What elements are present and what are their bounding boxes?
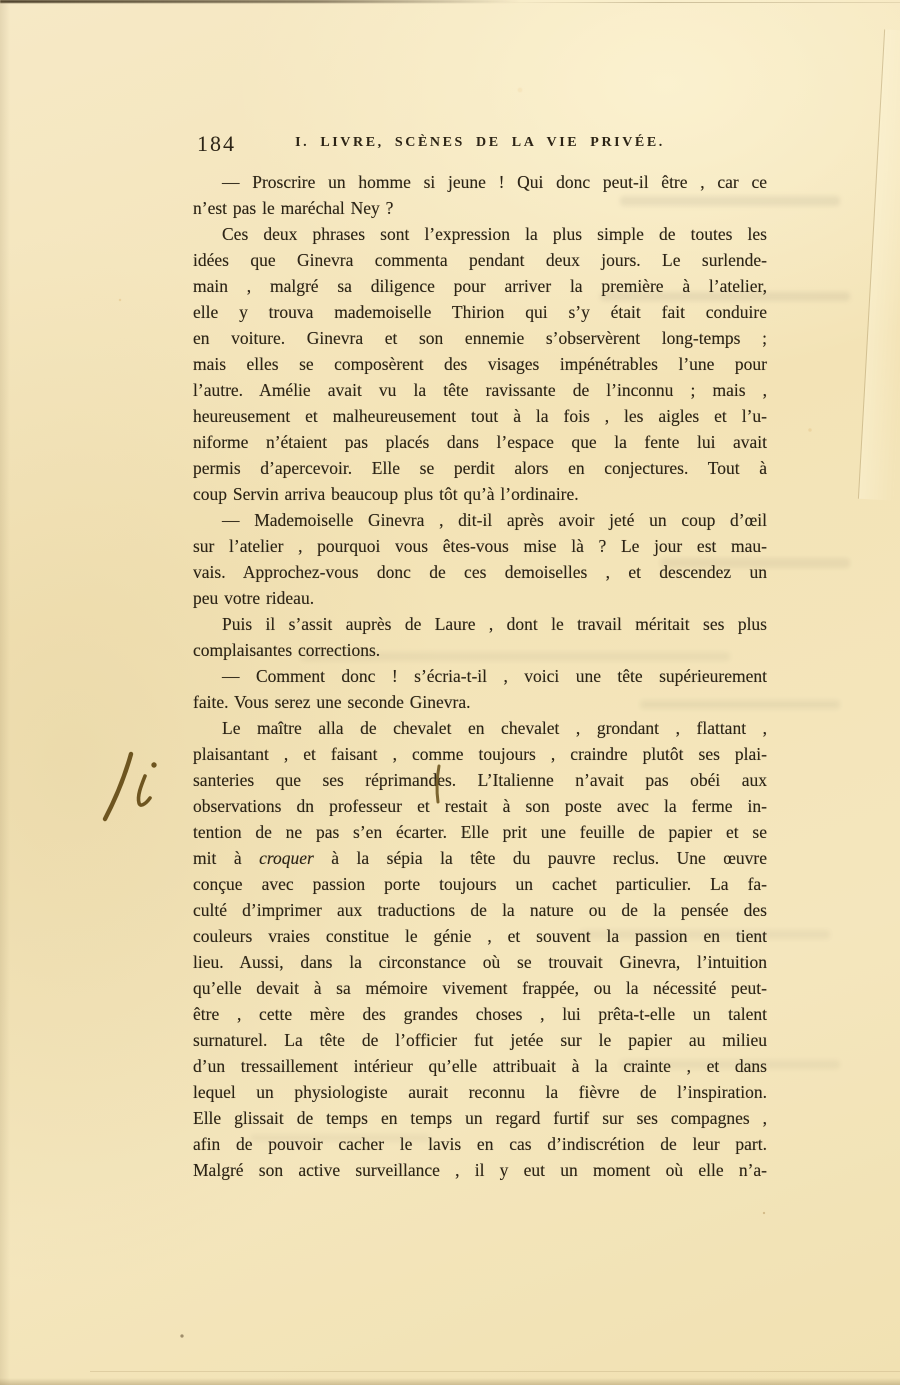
text-line: n’est pas le maréchal Ney ? — [193, 195, 767, 221]
text-line: heureusement et malheureusement tout à l… — [193, 403, 767, 429]
text-line: coup Servin arriva beaucoup plus tôt qu’… — [193, 481, 767, 507]
text-line: conçue avec passion porte toujours un ca… — [193, 871, 767, 897]
scan-top-edge — [0, 0, 520, 3]
text-line: couleurs vraies constitue le génie , et … — [193, 923, 767, 949]
text-line: d’un tressaillement intérieur qu’elle at… — [193, 1053, 767, 1079]
text-line: mais elles se composèrent des visages im… — [193, 351, 767, 377]
text-line: niforme n’étaient pas placés dans l’espa… — [193, 429, 767, 455]
body-text: — Proscrire un homme si jeune ! Qui donc… — [193, 169, 767, 1183]
text-line: santeries que ses réprimandes. L’Italien… — [193, 767, 767, 793]
text-line: l’autre. Amélie avait vu la tête ravissa… — [193, 377, 767, 403]
text-line: mit à croquer à la sépia la tête du pauv… — [193, 845, 767, 871]
text-line: en voiture. Ginevra et son ennemie s’obs… — [193, 325, 767, 351]
text-line: faite. Vous serez une seconde Ginevra. — [193, 689, 767, 715]
text-line: lieu. Aussi, dans la circonstance où se … — [193, 949, 767, 975]
text-line: tention de ne pas s’en écarter. Elle pri… — [193, 819, 767, 845]
text-line: — Proscrire un homme si jeune ! Qui donc… — [193, 169, 767, 195]
handwritten-margin-mark — [78, 726, 188, 836]
text-line: Malgré son active surveillance , il y eu… — [193, 1157, 767, 1183]
text-line: Puis il s’assit auprès de Laure , dont l… — [193, 611, 767, 637]
text-line: — Mademoiselle Ginevra , dit-il après av… — [193, 507, 767, 533]
text-line: permis d’apercevoir. Elle se perdit alor… — [193, 455, 767, 481]
text-line: Le maître alla de chevalet en chevalet ,… — [193, 715, 767, 741]
text-line: plaisantant , et faisant , comme toujour… — [193, 741, 767, 767]
scan-bottom-edge — [0, 1378, 900, 1385]
paper-crease-line — [90, 1371, 900, 1372]
text-line: idées que Ginevra commenta pendant deux … — [193, 247, 767, 273]
handwritten-pen-stroke-icon — [431, 764, 447, 806]
text-line: elle y trouva mademoiselle Thirion qui s… — [193, 299, 767, 325]
page-header: 184 I. LIVRE, SCÈNES DE LA VIE PRIVÉE. — [193, 131, 767, 151]
text-line: Elle glissait de temps en temps un regar… — [193, 1105, 767, 1131]
text-line: surnaturel. La tête de l’officier fut je… — [193, 1027, 767, 1053]
scan-left-edge — [0, 0, 10, 1385]
text-line: vais. Approchez-vous donc de ces demoise… — [193, 559, 767, 585]
text-line: être , cette mère des grandes choses , l… — [193, 1001, 767, 1027]
text-line: observations dn professeur et restait à … — [193, 793, 767, 819]
book-page-scan: 184 I. LIVRE, SCÈNES DE LA VIE PRIVÉE. —… — [0, 0, 900, 1385]
text-line: peu votre rideau. — [193, 585, 767, 611]
text-line: culté d’imprimer aux traductions de la n… — [193, 897, 767, 923]
running-title: I. LIVRE, SCÈNES DE LA VIE PRIVÉE. — [295, 131, 665, 151]
text-line: main , malgré sa diligence pour arriver … — [193, 273, 767, 299]
text-line: lequel un physiologiste aurait reconnu l… — [193, 1079, 767, 1105]
scan-top-edge-right — [500, 2, 900, 3]
page-corner-crease — [858, 29, 900, 500]
text-line: sur l’atelier , pourquoi vous êtes-vous … — [193, 533, 767, 559]
text-line: qu’elle devait à sa mémoire vivement fra… — [193, 975, 767, 1001]
page-number: 184 — [197, 131, 236, 157]
text-line: — Comment donc ! s’écria-t-il , voici un… — [193, 663, 767, 689]
text-line: Ces deux phrases sont l’expression la pl… — [193, 221, 767, 247]
text-line: afin de pouvoir cacher le lavis en cas d… — [193, 1131, 767, 1157]
text-line: complaisantes corrections. — [193, 637, 767, 663]
